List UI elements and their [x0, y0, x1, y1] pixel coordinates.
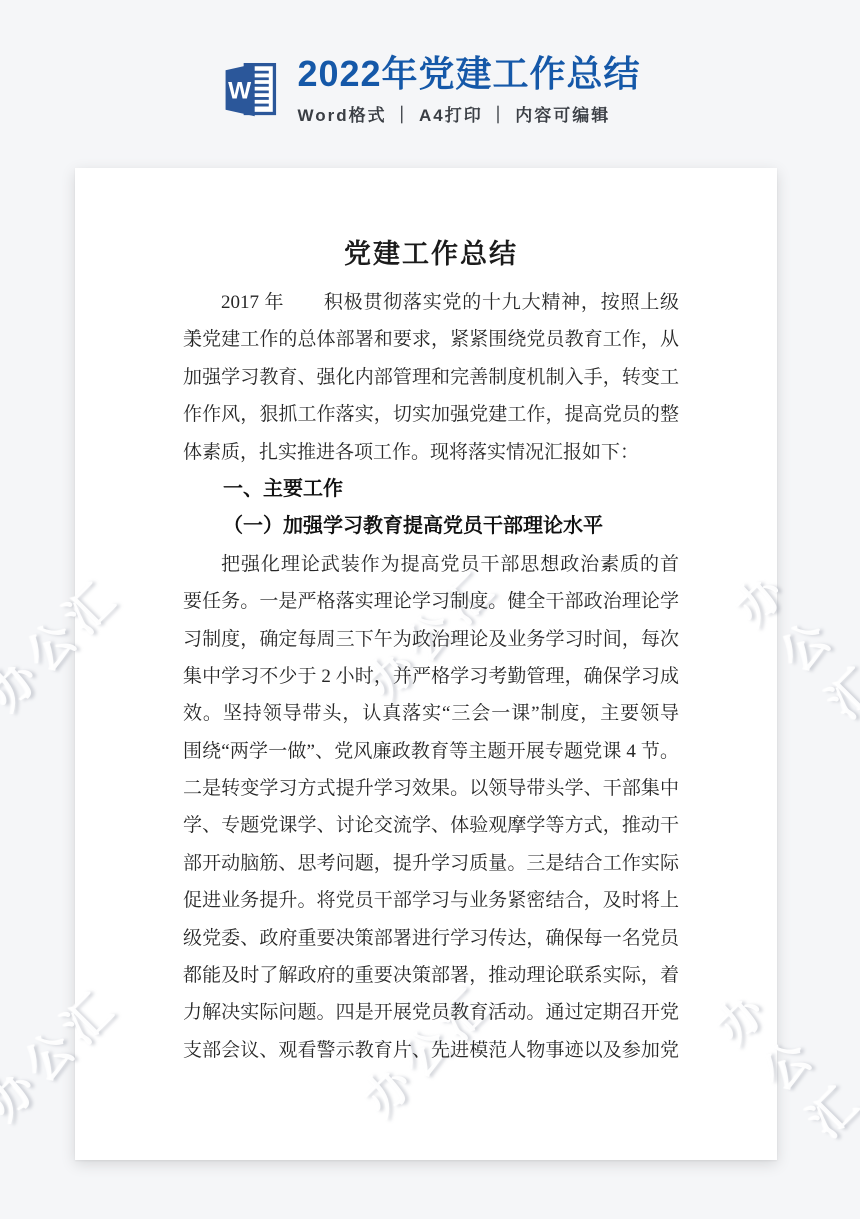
document-body: 2017 年 积极贯彻落实党的十九大精神，按照上级关于党建工作的总体部署和要求，… — [183, 284, 679, 1069]
document-heading-line: 一、主要工作 — [183, 471, 679, 508]
word-icon: W — [219, 57, 281, 123]
document-body-line: 要任务。一是严格落实理论学习制度。健全干部政治理论学 — [183, 583, 679, 620]
document-body-line: 于党建工作的总体部署和要求，紧紧围绕党员教育工作，从 — [183, 321, 679, 358]
format-badges: Word格式 ｜ A4打印 ｜ 内容可编辑 — [297, 101, 640, 126]
document-body-line: 力解决实际问题。四是开展党员教育活动。通过定期召开党 — [183, 994, 679, 1031]
header: W 2022年党建工作总结 Word格式 ｜ A4打印 ｜ 内容可编辑 — [0, 54, 860, 126]
document-heading-line: （一）加强学习教育提高党员干部理论水平 — [183, 508, 679, 545]
document-content: 党建工作总结 2017 年 积极贯彻落实党的十九大精神，按照上级关于党建工作的总… — [75, 168, 777, 1069]
document-body-line: 支部会议、观看警示教育片、先进模范人物事迹以及参加党 — [183, 1032, 679, 1069]
document-body-line: 习制度，确定每周三下午为政治理论及业务学习时间，每次 — [183, 621, 679, 658]
document-body-line: 学、专题党课学、讨论交流学、体验观摩学等方式，推动干 — [183, 807, 679, 844]
document-body-line: 把强化理论武装作为提高党员干部思想政治素质的首 — [183, 546, 679, 583]
document-body-line: 部开动脑筋、思考问题，提升学习质量。三是结合工作实际 — [183, 845, 679, 882]
document-body-line: 都能及时了解政府的重要决策部署，推动理论联系实际，着 — [183, 957, 679, 994]
svg-text:W: W — [229, 77, 253, 104]
document-body-line: 2017 年 积极贯彻落实党的十九大精神，按照上级关 — [183, 284, 679, 321]
document-body-line: 二是转变学习方式提升学习效果。以领导带头学、干部集中 — [183, 770, 679, 807]
document-title: 党建工作总结 — [183, 232, 679, 276]
document-body-line: 体素质，扎实推进各项工作。现将落实情况汇报如下： — [183, 434, 679, 471]
document-body-line: 级党委、政府重要决策部署进行学习传达，确保每一名党员 — [183, 920, 679, 957]
document-body-line: 加强学习教育、强化内部管理和完善制度机制入手，转变工 — [183, 359, 679, 396]
document-page: 党建工作总结 2017 年 积极贯彻落实党的十九大精神，按照上级关于党建工作的总… — [75, 168, 777, 1160]
document-body-line: 作作风，狠抓工作落实，切实加强党建工作，提高党员的整 — [183, 396, 679, 433]
document-body-line: 促进业务提升。将党员干部学习与业务紧密结合，及时将上 — [183, 882, 679, 919]
header-text: 2022年党建工作总结 Word格式 ｜ A4打印 ｜ 内容可编辑 — [297, 54, 640, 126]
document-body-line: 集中学习不少于 2 小时，并严格学习考勤管理，确保学习成 — [183, 658, 679, 695]
page-title: 2022年党建工作总结 — [297, 54, 640, 94]
document-body-line: 效。坚持领导带头，认真落实“三会一课”制度，主要领导 — [183, 695, 679, 732]
document-body-line: 围绕“两学一做”、党风廉政教育等主题开展专题党课 4 节。 — [183, 733, 679, 770]
